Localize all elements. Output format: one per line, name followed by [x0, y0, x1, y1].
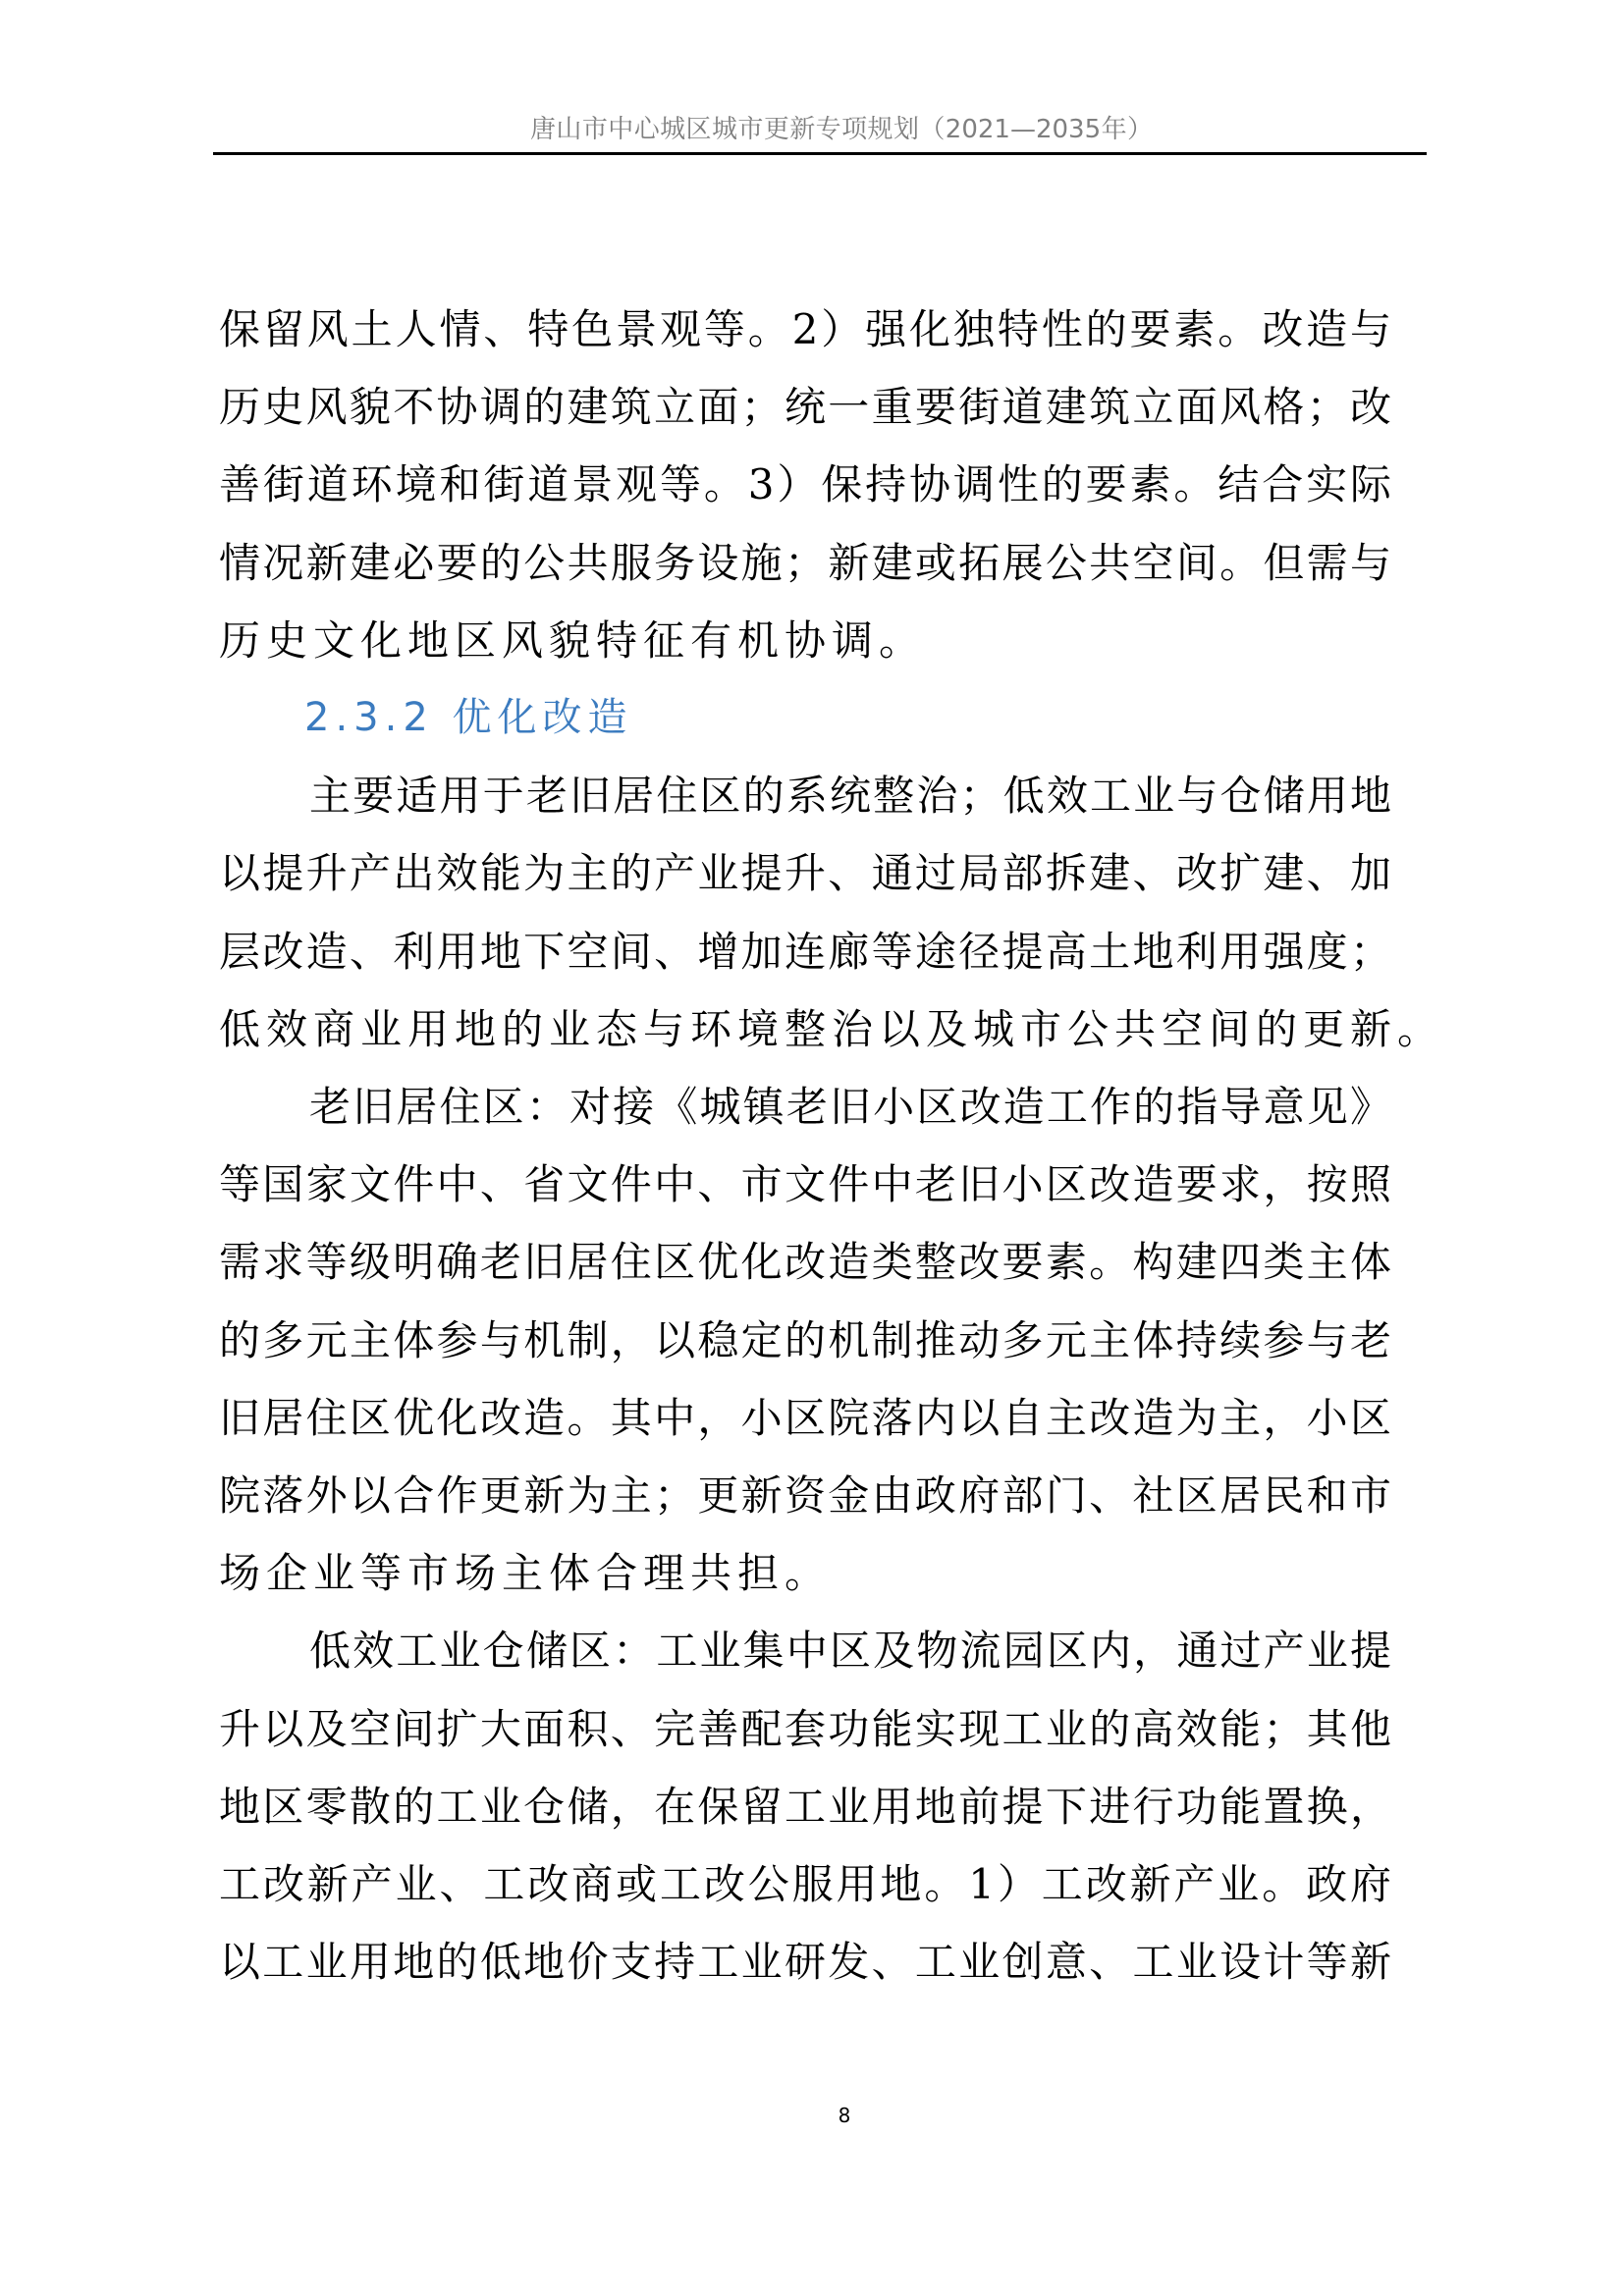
text-line: 以工业用地的低地价支持工业研发、工业创意、工业设计等新: [219, 1923, 1391, 2001]
text-line: 情况新建必要的公共服务设施；新建或拓展公共空间。但需与: [219, 524, 1391, 602]
text-line: 主要适用于老旧居住区的系统整治；低效工业与仓储用地: [309, 757, 1391, 834]
text-line: 低效工业仓储区：工业集中区及物流园区内，通过产业提: [309, 1612, 1391, 1689]
text-line: 院落外以合作更新为主；更新资金由政府部门、社区居民和市: [219, 1457, 1391, 1534]
text-line: 以提升产出效能为主的产业提升、通过局部拆建、改扩建、加: [219, 834, 1391, 912]
text-line: 升以及空间扩大面积、完善配套功能实现工业的高效能；其他: [219, 1690, 1391, 1768]
text-line: 地区零散的工业仓储，在保留工业用地前提下进行功能置换，: [219, 1768, 1391, 1845]
text-line: 历史文化地区风貌特征有机协调。: [219, 602, 1391, 679]
text-line: 保留风土人情、特色景观等。2）强化独特性的要素。改造与: [219, 291, 1391, 368]
header-divider: [213, 152, 1427, 155]
text-line: 旧居住区优化改造。其中，小区院落内以自主改造为主，小区: [219, 1379, 1391, 1457]
text-line: 场企业等市场主体合理共担。: [219, 1534, 1391, 1612]
text-line: 低效商业用地的业态与环境整治以及城市公共空间的更新。: [219, 990, 1391, 1068]
text-line: 的多元主体参与机制，以稳定的机制推动多元主体持续参与老: [219, 1302, 1391, 1379]
text-line: 老旧居住区：对接《城镇老旧小区改造工作的指导意见》: [309, 1068, 1391, 1146]
text-line: 层改造、利用地下空间、增加连廊等途径提高土地利用强度；: [219, 913, 1391, 990]
page-number: 8: [825, 2101, 864, 2130]
section-heading: 2.3.2 优化改造: [304, 679, 633, 757]
running-header: 唐山市中心城区城市更新专项规划（2021—2035年）: [530, 110, 1153, 149]
text-line: 等国家文件中、省文件中、市文件中老旧小区改造要求，按照: [219, 1146, 1391, 1223]
text-line: 历史风貌不协调的建筑立面；统一重要街道建筑立面风格；改: [219, 368, 1391, 446]
text-line: 需求等级明确老旧居住区优化改造类整改要素。构建四类主体: [219, 1223, 1391, 1301]
text-line: 善街道环境和街道景观等。3）保持协调性的要素。结合实际: [219, 446, 1391, 523]
text-line: 工改新产业、工改商或工改公服用地。1）工改新产业。政府: [219, 1845, 1391, 1923]
